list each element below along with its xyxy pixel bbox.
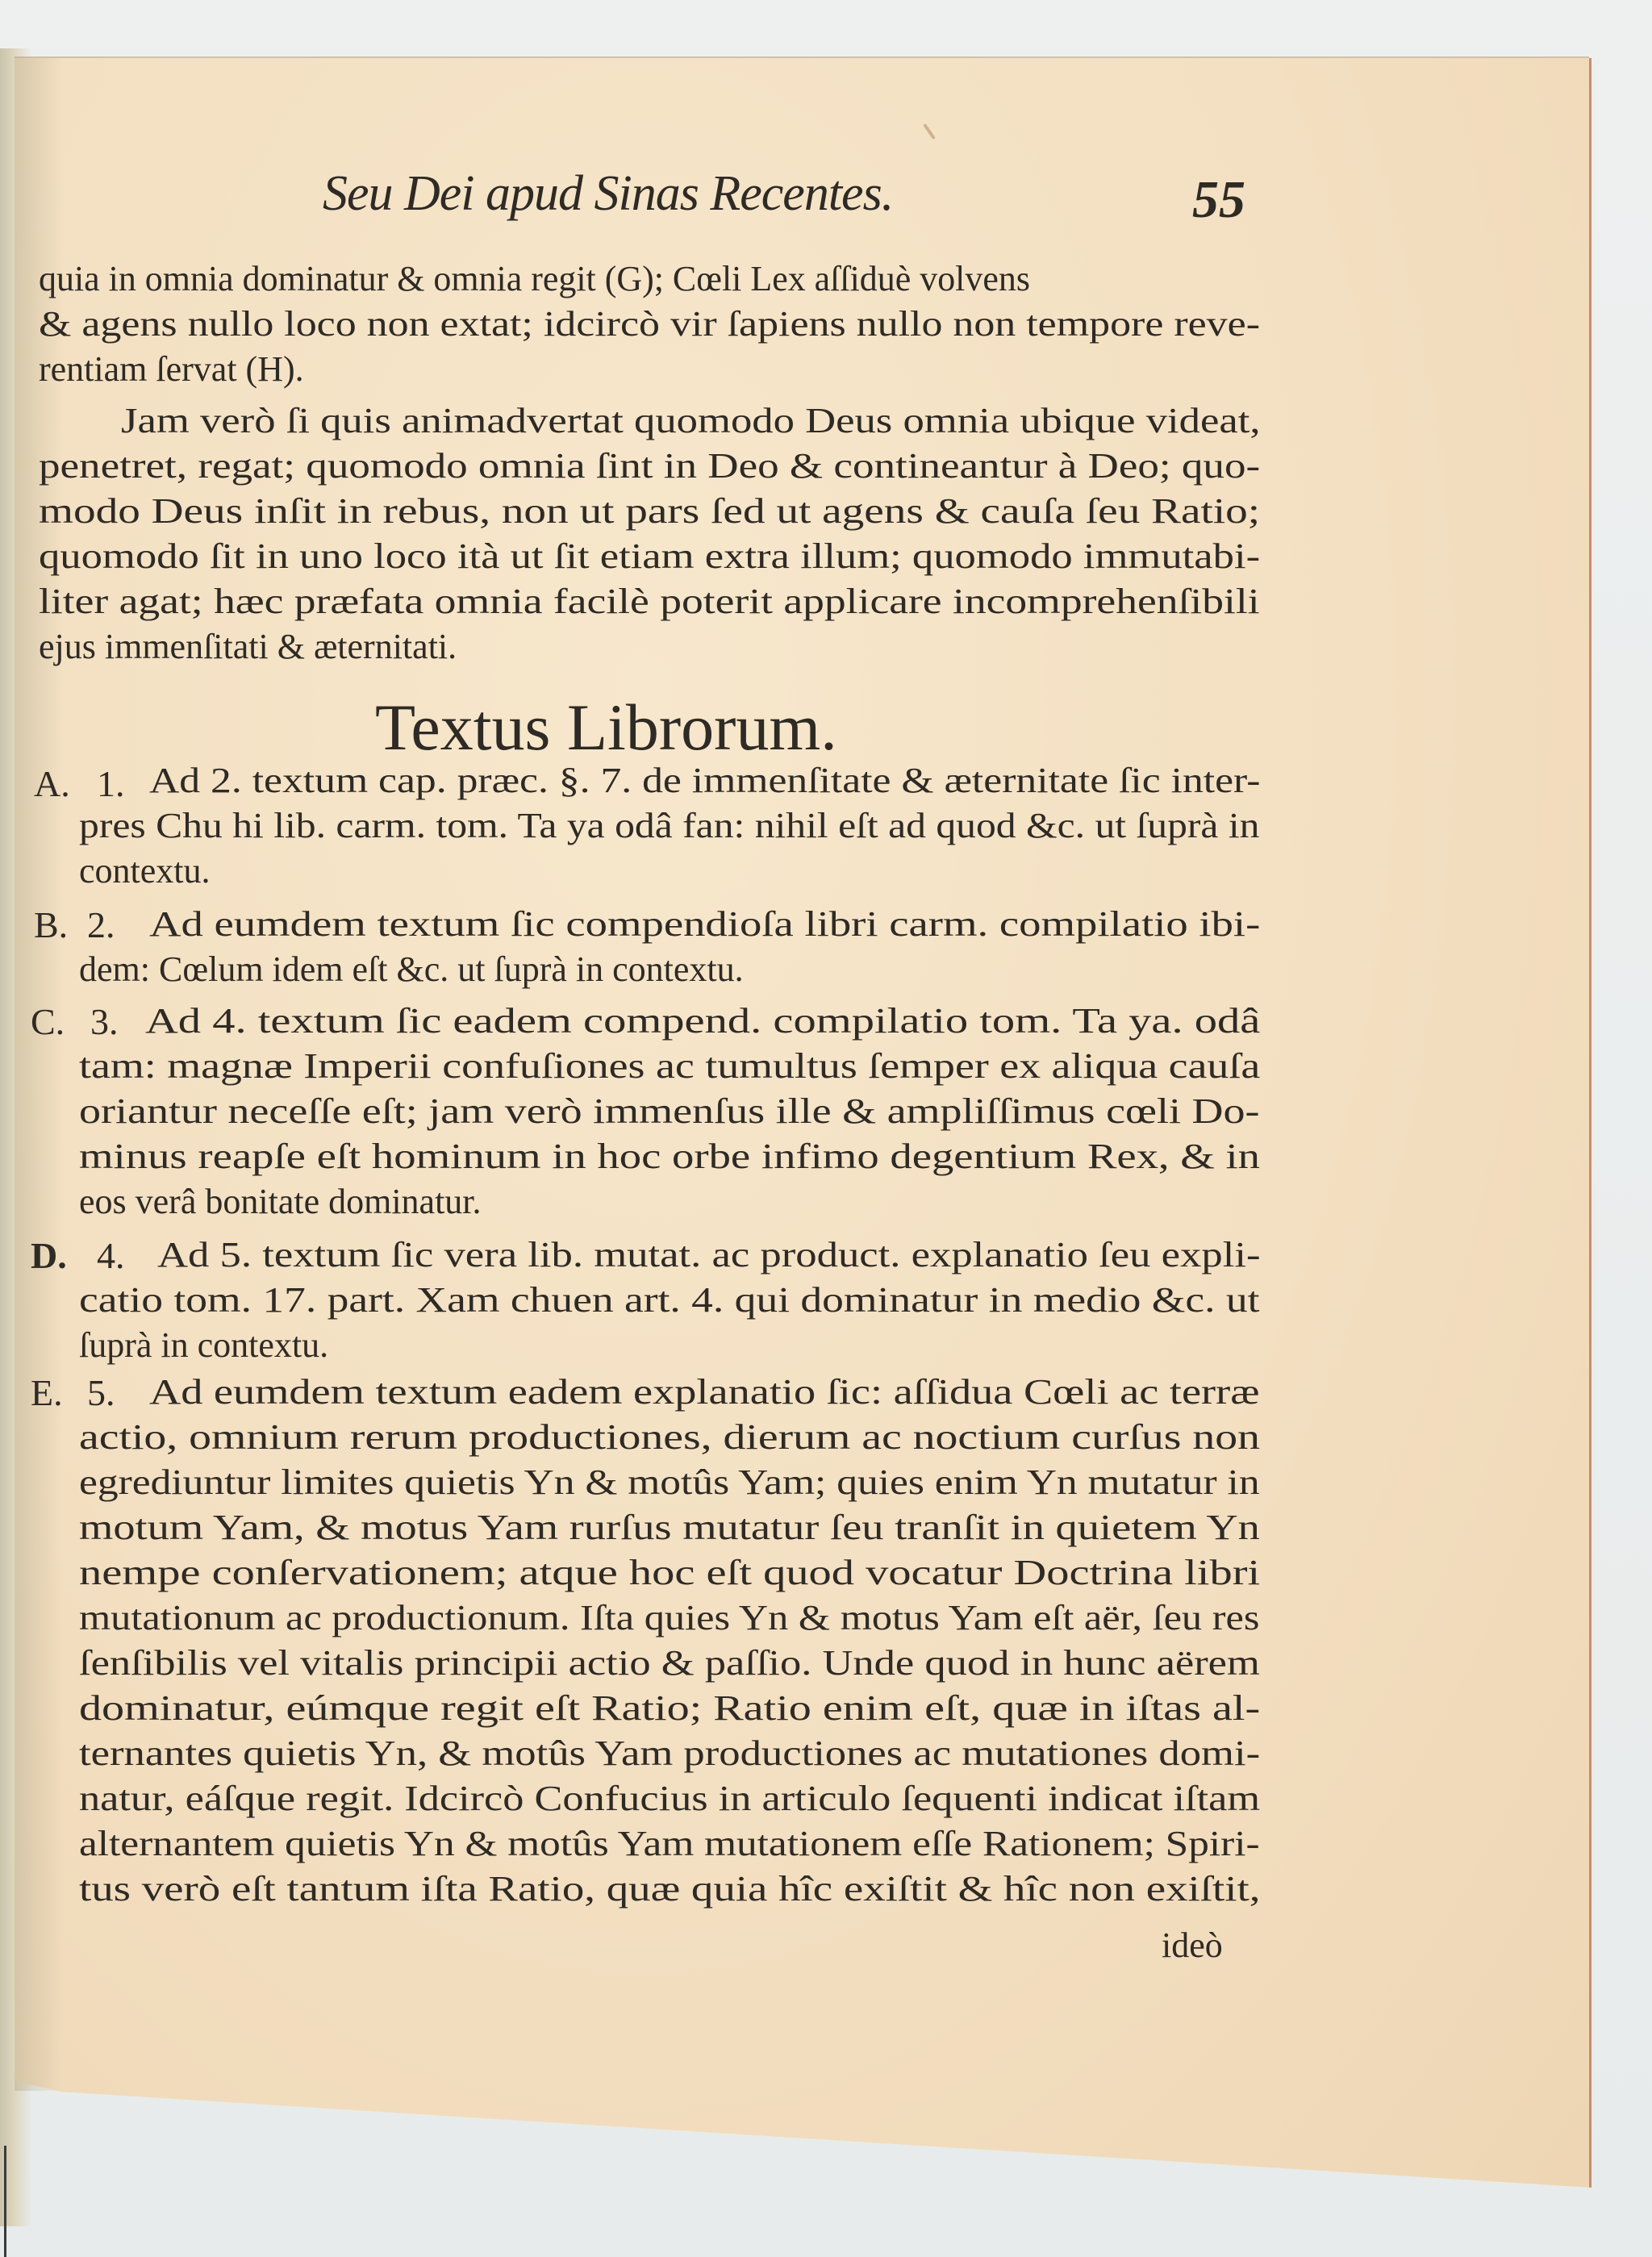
section-heading: Textus Librorum.	[375, 690, 837, 766]
note-number: 2.	[87, 903, 115, 946]
catchword: ideò	[1162, 1923, 1223, 1968]
note-line: dem: Cœlum idem eſt &c. ut ſuprà in cont…	[79, 947, 744, 992]
note-line: dominatur, eúmque regit eſt Ratio; Ratio…	[79, 1686, 1260, 1731]
intro-line: Jam verò ſi quis animadvertat quomodo De…	[121, 398, 1261, 444]
note-letter-A: A.	[34, 762, 70, 805]
note-line: ſenſibilis vel vitalis principii actio &…	[79, 1641, 1260, 1686]
note-letter-D: D.	[31, 1234, 67, 1277]
note-letter-E: E.	[31, 1371, 63, 1414]
note-line: tus verò eſt tantum iſta Ratio, quæ quia…	[79, 1867, 1260, 1912]
intro-line: & agens nullo loco non extat; idcircò vi…	[39, 302, 1260, 347]
note-line: alternantem quietis Yn & motûs Yam mutat…	[79, 1821, 1260, 1867]
note-line: motum Yam, & motus Yam rurſus mutatur ſe…	[79, 1505, 1260, 1550]
note-number: 5.	[87, 1371, 115, 1414]
note-line: Ad 4. textum ſic eadem compend. compilat…	[145, 999, 1260, 1044]
note-number: 3.	[90, 1000, 119, 1043]
note-line: natur, eáſque regit. Idcircò Confucius i…	[79, 1776, 1260, 1821]
intro-line: modo Deus inſit in rebus, non ut pars ſe…	[39, 489, 1260, 534]
note-line: Ad 5. textum ſic vera lib. mutat. ac pro…	[157, 1233, 1261, 1278]
note-line: mutationum ac productionum. Iſta quies Y…	[79, 1596, 1259, 1641]
note-line: eos verâ bonitate dominatur.	[79, 1179, 482, 1224]
intro-line: quomodo ſit in uno loco ità ut ſit etiam…	[39, 534, 1260, 579]
note-line: nempe conſervationem; atque hoc eſt quod…	[79, 1550, 1260, 1596]
note-line: pres Chu hi lib. carm. tom. Ta ya odâ fa…	[79, 803, 1259, 849]
note-line: minus reapſe eſt hominum in hoc orbe inf…	[79, 1134, 1260, 1179]
spine-edge-line	[4, 2146, 6, 2257]
note-line: tam: magnæ Imperii confuſiones ac tumult…	[79, 1044, 1260, 1089]
note-number: 1.	[97, 762, 125, 805]
page-number: 55	[1192, 169, 1245, 231]
note-number: 4.	[97, 1234, 125, 1277]
note-line: oriantur neceſſe eſt; jam verò immenſus …	[79, 1089, 1260, 1134]
intro-line: penetret, regat; quomodo omnia ſint in D…	[39, 444, 1260, 489]
intro-line: ejus immenſitati & æternitati.	[39, 624, 457, 670]
note-line: Ad 2. textum cap. præc. §. 7. de immenſi…	[149, 758, 1260, 803]
note-line: Ad eumdem textum ſic compendioſa libri c…	[149, 902, 1260, 947]
note-letter-B: B.	[34, 903, 68, 946]
note-line: catio tom. 17. part. Xam chuen art. 4. q…	[79, 1278, 1260, 1323]
note-line: actio, omnium rerum productiones, dierum…	[79, 1415, 1260, 1460]
note-line: ſuprà in contextu.	[79, 1323, 328, 1368]
note-line: ternantes quietis Yn, & motûs Yam produc…	[79, 1731, 1260, 1776]
note-line: Ad eumdem textum eadem explanatio ſic: a…	[149, 1370, 1259, 1415]
note-letter-C: C.	[31, 1000, 65, 1043]
note-line: contextu.	[79, 849, 211, 894]
intro-line: liter agat; hæc præfata omnia facilè pot…	[39, 579, 1260, 624]
note-line: egrediuntur limites quietis Yn & motûs Y…	[79, 1460, 1260, 1505]
intro-line: rentiam ſervat (H).	[39, 347, 304, 392]
intro-line: quia in omnia dominatur & omnia regit (G…	[39, 257, 1260, 302]
running-head: Seu Dei apud Sinas Recentes.	[323, 165, 893, 223]
